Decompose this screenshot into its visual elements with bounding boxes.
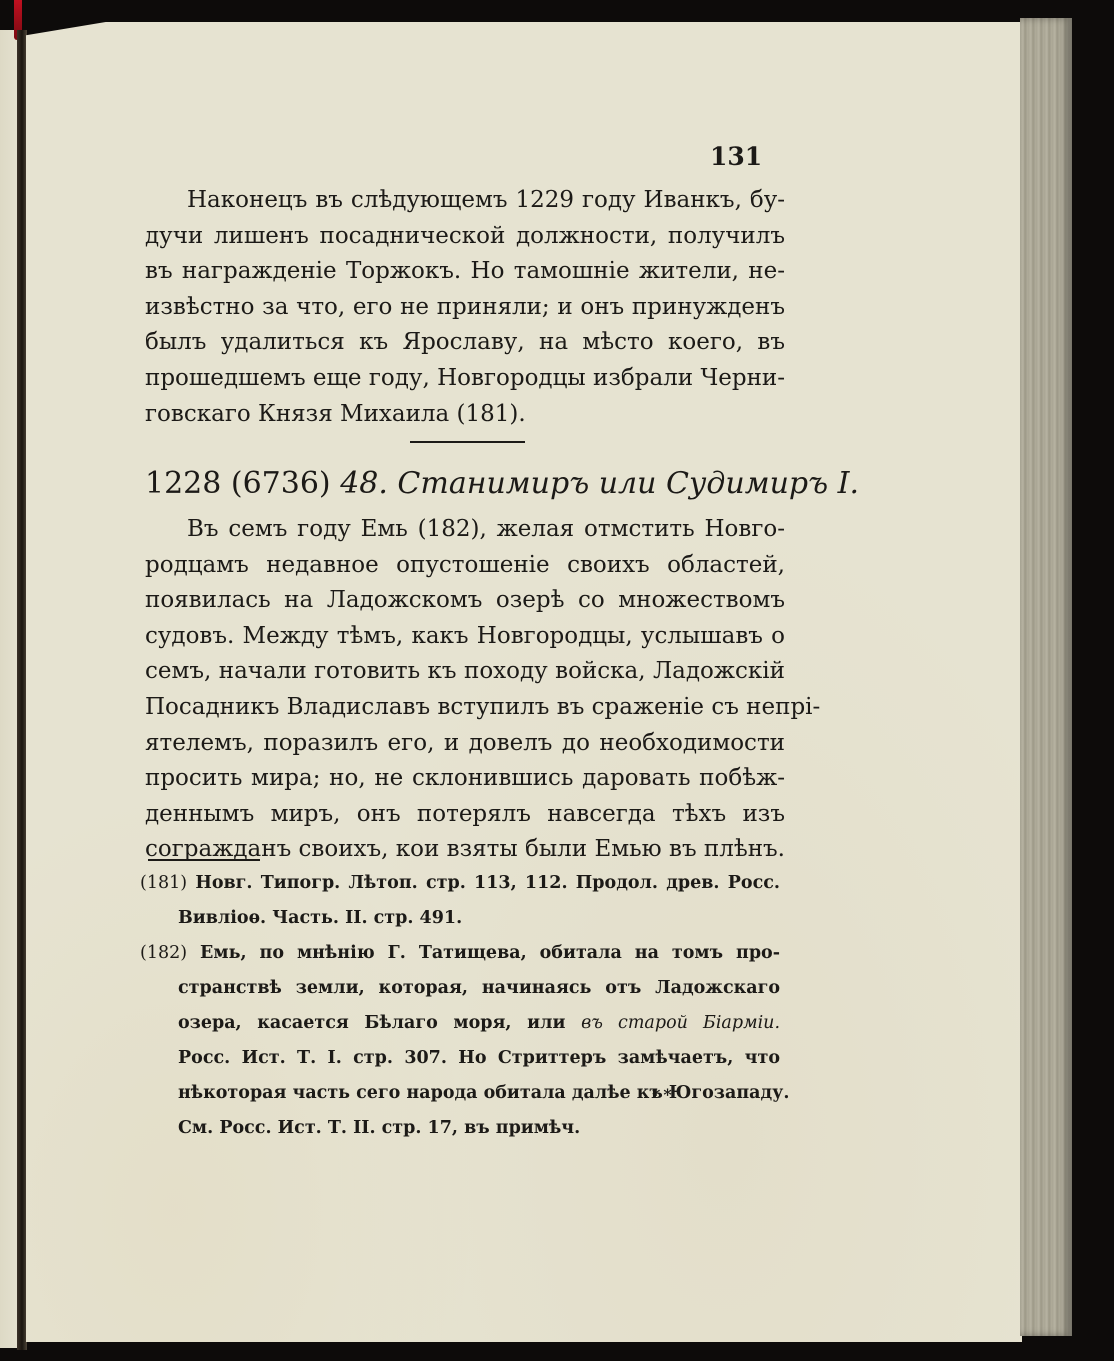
text-line: Наконецъ въ слѣдующемъ 1229 году Иванкъ,… bbox=[145, 183, 785, 219]
page-block-edges bbox=[1020, 18, 1072, 1336]
text-line: былъ удалиться къ Ярославу, на мѣсто кое… bbox=[145, 325, 785, 361]
footnote-182-line: нѣкоторая часть сего народа обитала далѣ… bbox=[140, 1076, 780, 1111]
text-line: появилась на Ладожскомъ озерѣ со множест… bbox=[145, 583, 785, 619]
text-line: ятелемъ, поразилъ его, и довелъ до необх… bbox=[145, 726, 785, 762]
page-number: 131 bbox=[710, 142, 762, 171]
section-divider bbox=[410, 441, 525, 443]
paragraph-1: Наконецъ въ слѣдующемъ 1229 году Иванкъ,… bbox=[145, 183, 785, 432]
footnotes: (181) Новг. Типогр. Лѣтоп. стр. 113, 112… bbox=[140, 866, 780, 1146]
footnote-mark: (182) bbox=[140, 943, 187, 963]
text-line: Въ семъ году Емь (182), желая отмстить Н… bbox=[145, 512, 785, 548]
footnote-separator bbox=[148, 859, 260, 861]
footnote-181-line: (181) Новг. Типогр. Лѣтоп. стр. 113, 112… bbox=[140, 866, 780, 901]
footnote-181-line: Вивліоѳ. Часть. II. стр. 491. bbox=[140, 901, 780, 936]
footnote-182-line: странствѣ земли, которая, начинаясь отъ … bbox=[140, 971, 780, 1006]
text-line: прошедшемъ еще году, Новгородцы избрали … bbox=[145, 361, 785, 397]
heading-years: 1228 (6736) bbox=[145, 466, 340, 501]
text-line: семъ, начали готовить къ походу войска, … bbox=[145, 654, 785, 690]
text-line: согражданъ своихъ, кои взяты были Емью в… bbox=[145, 832, 785, 868]
section-heading: 1228 (6736) 48. Станимиръ или Судимиръ I… bbox=[145, 466, 859, 501]
heading-title: 48. Станимиръ или Судимиръ I. bbox=[340, 466, 859, 501]
text-line: говскаго Князя Михаила (181). bbox=[145, 397, 785, 433]
text-line: извѣстно за что, его не приняли; и онъ п… bbox=[145, 290, 785, 326]
text-line: Посадникъ Владиславъ вступилъ въ сражені… bbox=[145, 690, 785, 726]
book-gutter bbox=[17, 30, 27, 1350]
text-line: дучи лишенъ посаднической должности, пол… bbox=[145, 219, 785, 255]
italic-fragment: въ старой Біармiи. bbox=[581, 1013, 780, 1033]
text-line: просить мира; но, не склонившись дароват… bbox=[145, 761, 785, 797]
text-line: родцамъ недавное опустошеніе своихъ обла… bbox=[145, 548, 785, 584]
footnote-182-line: озера, касается Бѣлаго моря, или въ стар… bbox=[140, 1006, 780, 1041]
paragraph-2: Въ семъ году Емь (182), желая отмстить Н… bbox=[145, 512, 785, 868]
footnote-182-line: (182) Емь, по мнѣнію Г. Татищева, обитал… bbox=[140, 936, 780, 971]
footnote-mark: (181) bbox=[140, 873, 187, 893]
text-line: деннымъ миръ, онъ потерялъ навсегда тѣхъ… bbox=[145, 797, 785, 833]
end-asterisks: ** bbox=[652, 1085, 675, 1104]
footnote-182-line: См. Росс. Ист. Т. II. стр. 17, въ примѣч… bbox=[140, 1111, 780, 1146]
left-page-edge bbox=[0, 30, 18, 1348]
text-line: судовъ. Между тѣмъ, какъ Новгородцы, усл… bbox=[145, 619, 785, 655]
footnote-182-line: Росс. Ист. Т. I. стр. 307. Но Стриттеръ … bbox=[140, 1041, 780, 1076]
text-line: въ награжденіе Торжокъ. Но тамошніе жите… bbox=[145, 254, 785, 290]
